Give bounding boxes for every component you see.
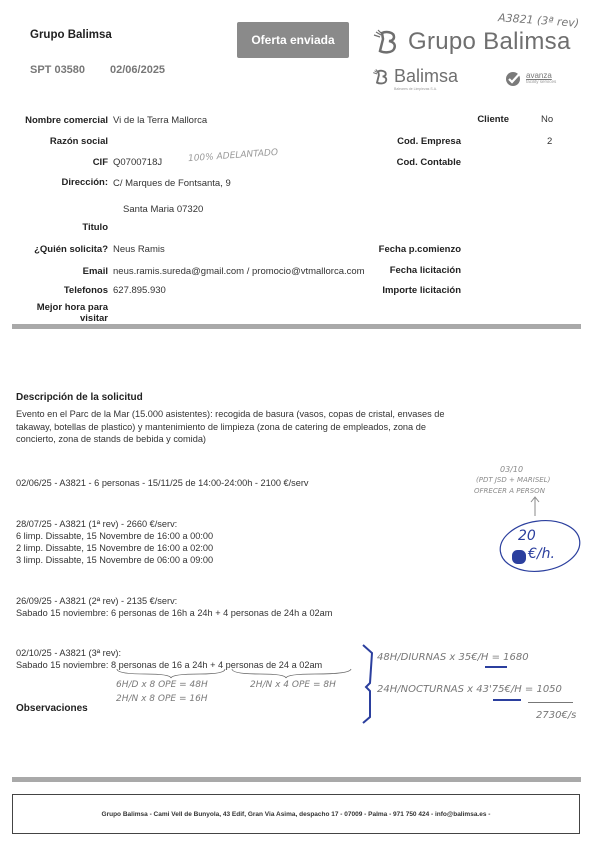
handwritten-rate-value: 20 xyxy=(518,528,536,544)
label-mejor-hora: Mejor hora para xyxy=(37,302,108,313)
value-cliente: No xyxy=(541,114,553,125)
value-telefonos: 627.895.930 xyxy=(113,285,166,296)
sum-line xyxy=(528,702,573,703)
label-visitar: visitar xyxy=(80,313,108,324)
section-divider xyxy=(12,324,581,329)
footer-box: Grupo Balimsa - Cami Vell de Bunyola, 43… xyxy=(12,794,580,834)
handwritten-side-note-1: (PDT JSD + MARISEL) xyxy=(476,476,550,484)
revision-2-line-0: 26/09/25 - A3821 (2ª rev) - 2135 €/serv: xyxy=(16,595,177,608)
observations-title: Observaciones xyxy=(16,703,88,714)
footer-text: Grupo Balimsa - Cami Vell de Bunyola, 43… xyxy=(102,811,491,818)
underline-rate-night xyxy=(493,699,521,701)
label-importe-licitacion: Importe licitación xyxy=(382,285,461,296)
handwritten-side-note-2: OFRECER A PERSON xyxy=(474,487,545,495)
avanza-logo: avanza facility services xyxy=(504,68,556,88)
label-quien-solicita: ¿Quién solicita? xyxy=(34,244,108,255)
balimsa-bird-icon xyxy=(372,29,404,55)
revision-1-line-2: 2 limp. Dissabte, 15 Novembre de 16:00 a… xyxy=(16,542,213,555)
footer-divider xyxy=(12,777,581,782)
handwritten-calc-right-0: 48H/DIURNAS x 35€/H = 1680 xyxy=(377,652,529,663)
handwritten-calc-mid: 2H/N x 4 OPE = 8H xyxy=(250,680,336,690)
scribble-mark xyxy=(512,550,526,564)
handwritten-rate-unit: €/h. xyxy=(528,546,555,562)
avanza-subtitle: facility services xyxy=(526,80,556,85)
underline-rate-day xyxy=(485,666,507,668)
avanza-check-icon xyxy=(504,68,524,88)
label-cod-contable: Cod. Contable xyxy=(397,157,461,168)
value-cod-empresa: 2 xyxy=(547,136,552,147)
label-fecha-licitacion: Fecha licitación xyxy=(390,265,461,276)
value-direccion: C/ Marques de Fontsanta, 9 xyxy=(113,178,231,189)
handwritten-calc-left-1: 2H/N x 8 OPE = 16H xyxy=(116,694,208,704)
label-razon-social: Razón social xyxy=(50,136,108,147)
value-localidad: Santa Maria 07320 xyxy=(123,204,203,215)
label-cliente: Cliente xyxy=(477,114,509,125)
logo-sub-text: Balimsa xyxy=(394,66,458,87)
arrow-up-icon xyxy=(530,496,540,516)
label-telefonos: Telefonos xyxy=(64,285,108,296)
logo-sub-tagline: Baleares de Limpiezas S.A. xyxy=(394,87,437,91)
revision-2-line-1: Sabado 15 noviembre: 6 personas de 16h a… xyxy=(16,607,332,620)
logo-main-text: Grupo Balimsa xyxy=(408,28,571,56)
description-text: Evento en el Parc de la Mar (15.000 asis… xyxy=(16,408,466,446)
status-badge: Oferta enviada xyxy=(237,22,349,58)
company-name: Grupo Balimsa xyxy=(30,29,112,41)
label-direccion: Dirección: xyxy=(62,177,108,188)
handwritten-calc-right-1: 24H/NOCTURNAS x 43'75€/H = 1050 xyxy=(377,684,562,695)
revision-1-line-0: 28/07/25 - A3821 (1ª rev) - 2660 €/serv: xyxy=(16,518,177,531)
balimsa-bird-icon xyxy=(372,68,392,86)
value-email[interactable]: neus.ramis.sureda@gmail.com / promocio@v… xyxy=(113,266,365,277)
description-title: Descripción de la solicitud xyxy=(16,392,143,403)
label-titulo: Titulo xyxy=(82,222,108,233)
revision-1-line-3: 3 limp. Dissabte, 15 Novembre de 06:00 a… xyxy=(16,554,213,567)
handwritten-calc-left-0: 6H/D x 8 OPE = 48H xyxy=(116,680,208,690)
value-nombre-comercial: Vi de la Terra Mallorca xyxy=(113,115,207,126)
label-cif: CIF xyxy=(93,157,108,168)
handwritten-side-note-0: 03/10 xyxy=(500,465,523,474)
label-fecha-comienzo: Fecha p.comienzo xyxy=(379,244,461,255)
handwritten-cif-note: 100% ADELANTADO xyxy=(188,148,279,164)
label-email: Email xyxy=(83,266,108,277)
revision-0-line-0: 02/06/25 - A3821 - 6 personas - 15/11/25… xyxy=(16,477,309,490)
spt-code: SPT 03580 xyxy=(30,64,85,76)
underline-braces xyxy=(115,668,355,680)
handwritten-total: 2730€/s xyxy=(536,710,576,721)
revision-1-line-1: 6 limp. Dissabte, 15 Novembre de 16:00 a… xyxy=(16,530,213,543)
label-cod-empresa: Cod. Empresa xyxy=(397,136,461,147)
grupo-balimsa-logo: Grupo Balimsa xyxy=(372,28,571,56)
value-quien-solicita: Neus Ramis xyxy=(113,244,165,255)
revision-3-line-0: 02/10/25 - A3821 (3ª rev): xyxy=(16,647,121,660)
balimsa-logo: Balimsa Baleares de Limpiezas S.A. xyxy=(372,66,458,87)
request-date: 02/06/2025 xyxy=(110,64,165,76)
handwritten-brace xyxy=(360,643,376,725)
label-nombre-comercial: Nombre comercial xyxy=(25,115,108,126)
value-cif: Q0700718J xyxy=(113,157,162,168)
